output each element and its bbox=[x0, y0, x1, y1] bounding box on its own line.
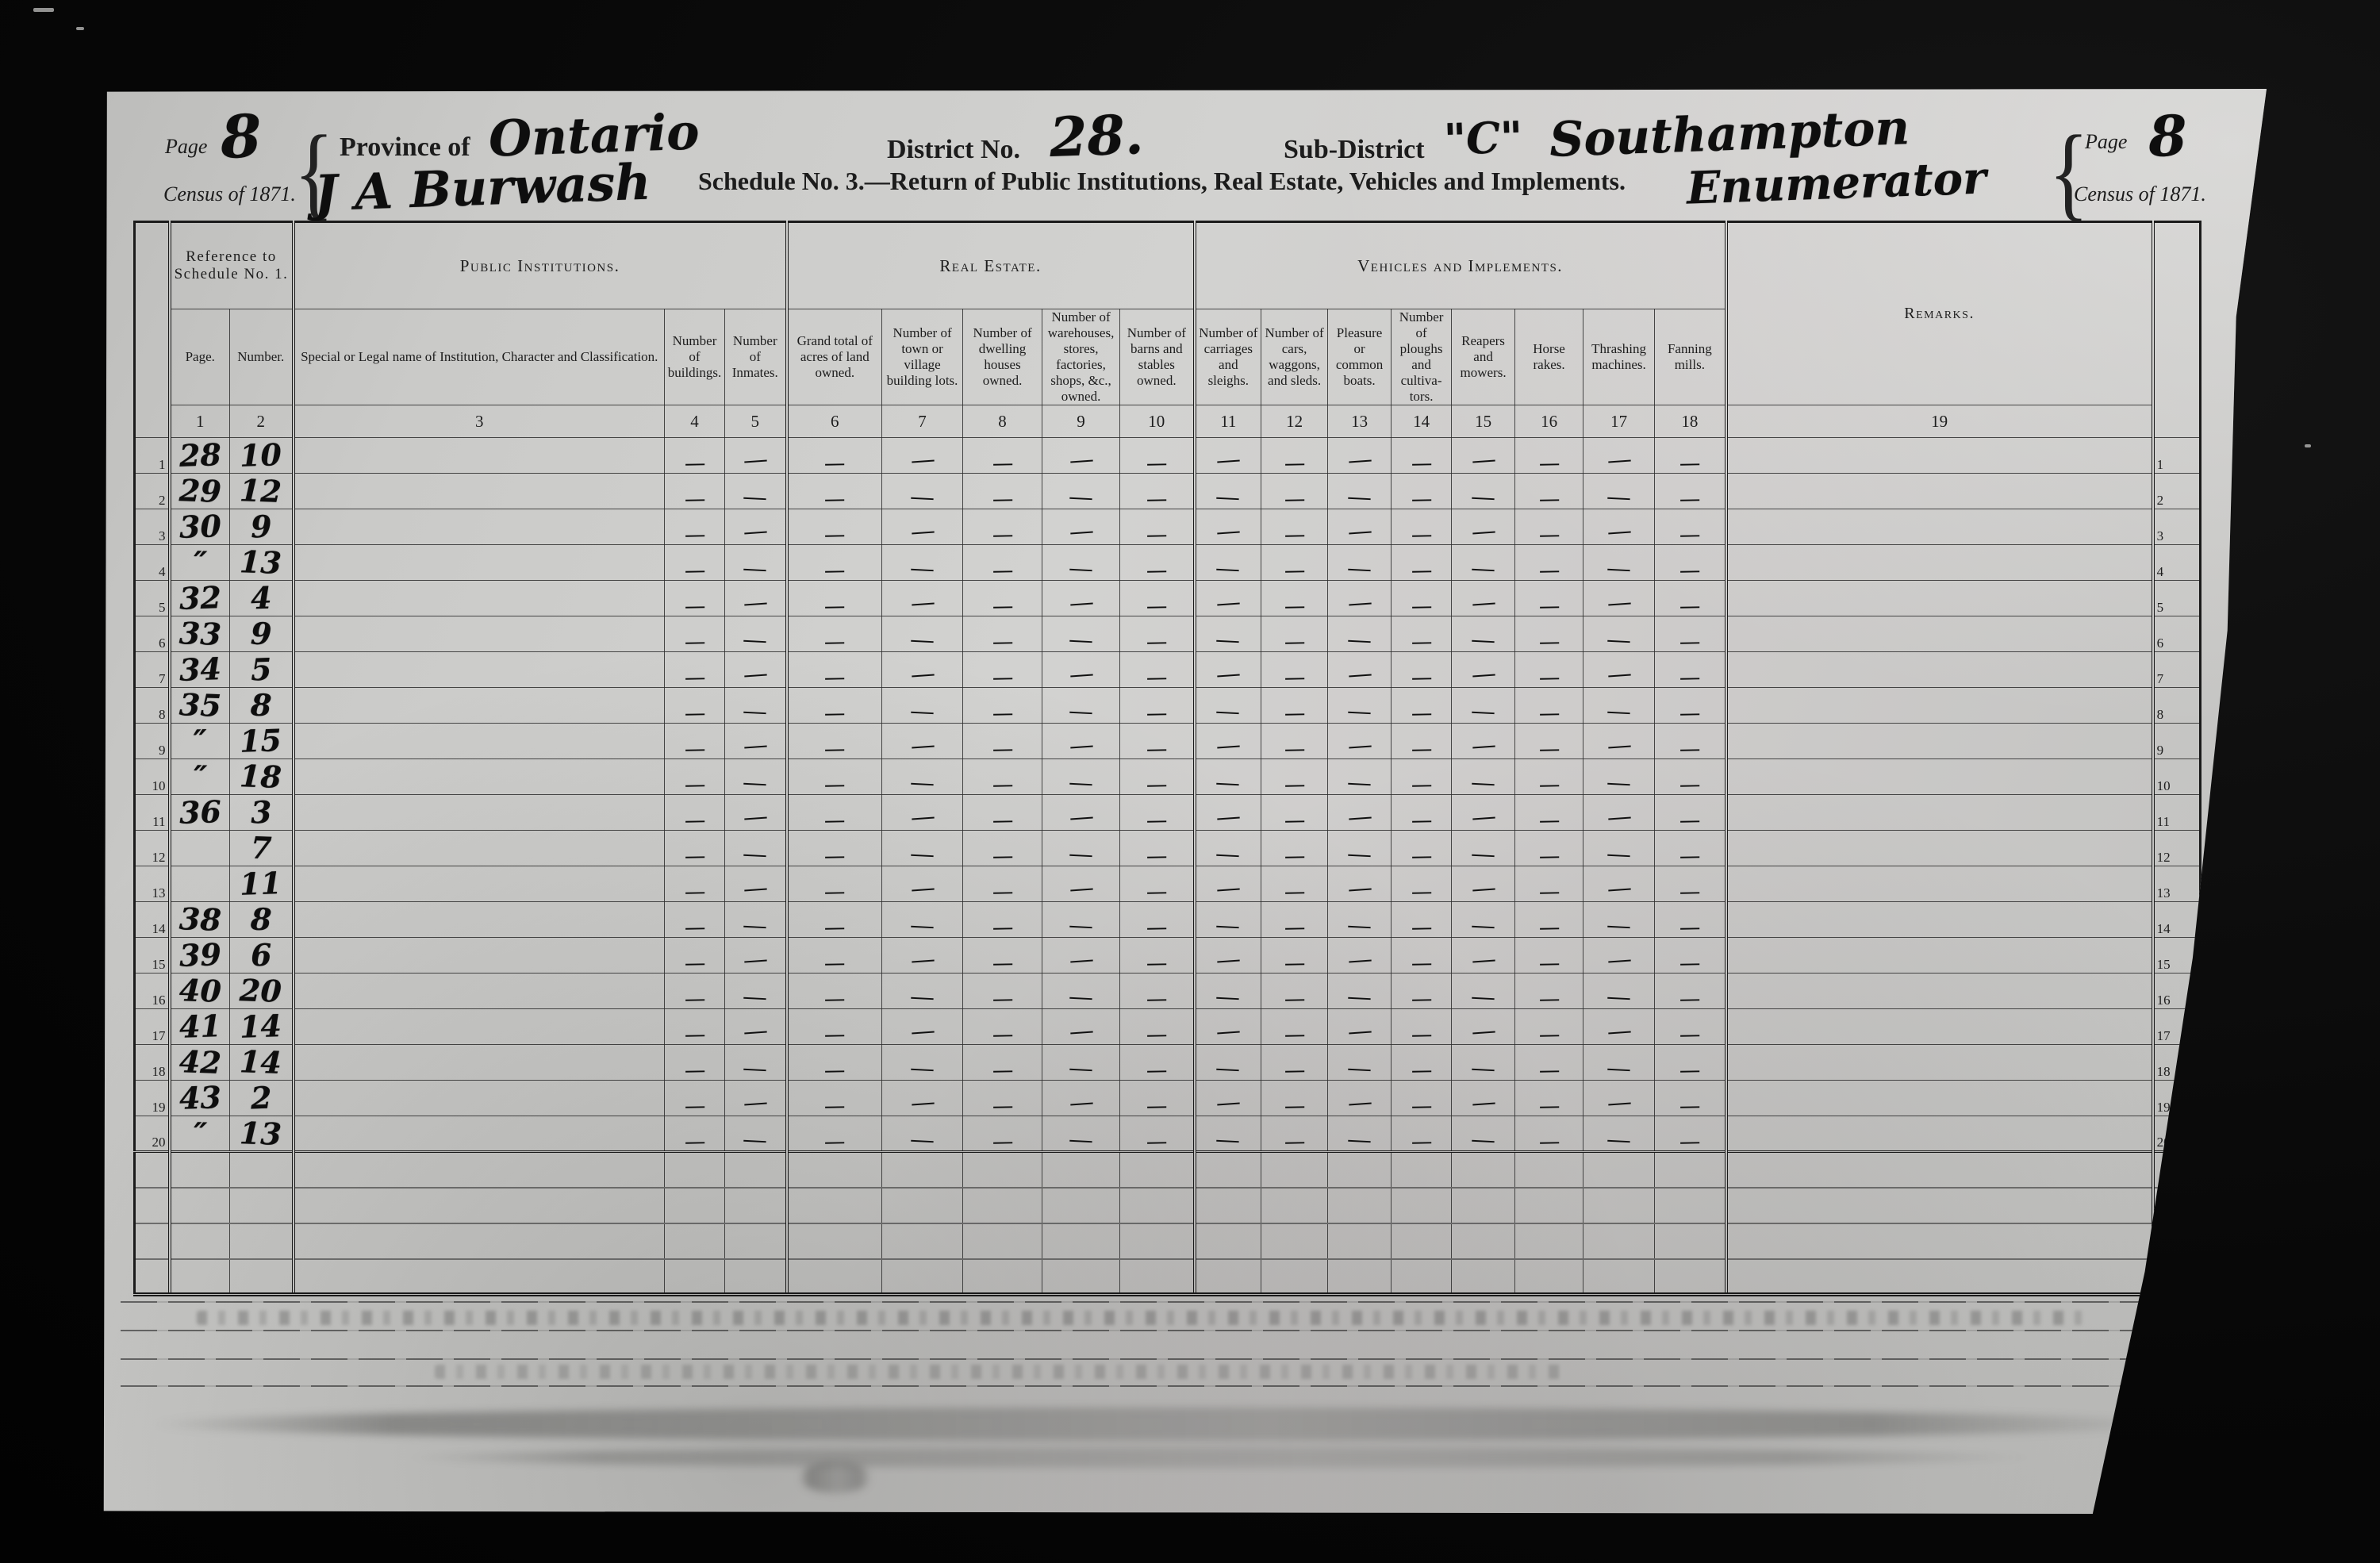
line-number-right: 12 bbox=[2153, 831, 2201, 866]
nil-mark-cell: — bbox=[1042, 902, 1120, 938]
nil-mark-cell: — bbox=[1328, 938, 1392, 974]
nil-mark-cell: — bbox=[1655, 509, 1726, 545]
nil-mark-cell: — bbox=[787, 831, 882, 866]
blank-row bbox=[135, 1188, 2201, 1223]
institution-name-cell bbox=[294, 616, 665, 652]
nil-mark-cell: — bbox=[1515, 1045, 1583, 1081]
nil-mark-cell: — bbox=[1328, 509, 1392, 545]
ink-smudge bbox=[800, 1461, 871, 1493]
nil-mark-cell: — bbox=[787, 1009, 882, 1045]
nil-mark-cell: — bbox=[1328, 1045, 1392, 1081]
nil-mark-cell: — bbox=[1583, 581, 1655, 616]
blank-cell bbox=[882, 1223, 963, 1259]
line-number-right: 19 bbox=[2153, 1081, 2201, 1116]
nil-mark-cell: — bbox=[1655, 581, 1726, 616]
blank-cell bbox=[1042, 1223, 1120, 1259]
nil-mark-cell: — bbox=[963, 438, 1042, 474]
page-value: 40 bbox=[170, 974, 230, 1009]
line-number-right: 18 bbox=[2153, 1045, 2201, 1081]
blank-cell bbox=[170, 1152, 230, 1188]
blank-cell bbox=[1655, 1188, 1726, 1223]
institution-name-cell bbox=[294, 724, 665, 759]
nil-mark-cell: — bbox=[1261, 545, 1328, 581]
nil-mark-cell: — bbox=[1120, 1081, 1195, 1116]
number-value: 8 bbox=[230, 688, 294, 724]
number-value: 18 bbox=[230, 759, 294, 795]
blank-cell bbox=[1583, 1188, 1655, 1223]
nil-mark-cell: — bbox=[1515, 509, 1583, 545]
col-header-acres: Grand total of acres of land owned. bbox=[787, 309, 882, 405]
blank-cell bbox=[787, 1152, 882, 1188]
nil-mark-cell: — bbox=[1392, 1009, 1452, 1045]
number-value: 2 bbox=[230, 1081, 294, 1116]
col-header-warehouses: Number of warehouses, stores, factories,… bbox=[1042, 309, 1120, 405]
nil-mark-cell: — bbox=[787, 545, 882, 581]
institution-name-cell bbox=[294, 545, 665, 581]
nil-mark-cell: — bbox=[1515, 1009, 1583, 1045]
nil-mark-cell: — bbox=[1120, 938, 1195, 974]
nil-mark-cell: — bbox=[1452, 795, 1515, 831]
number-value: 13 bbox=[230, 545, 294, 581]
blank-cell bbox=[665, 1223, 725, 1259]
bleed-through-smudge bbox=[435, 1365, 1561, 1379]
blank-cell bbox=[1195, 1259, 1261, 1295]
blank-cell bbox=[1042, 1259, 1120, 1295]
blank-cell bbox=[1452, 1259, 1515, 1295]
blank-cell bbox=[1583, 1152, 1655, 1188]
line-number-left: 10 bbox=[135, 759, 170, 795]
remarks-cell bbox=[1726, 509, 2153, 545]
blank-cell bbox=[725, 1152, 787, 1188]
nil-mark-cell: — bbox=[787, 724, 882, 759]
nil-mark-cell: — bbox=[963, 1116, 1042, 1152]
blank-cell bbox=[1583, 1259, 1655, 1295]
nil-mark-cell: — bbox=[1452, 652, 1515, 688]
nil-mark-cell: — bbox=[963, 938, 1042, 974]
institution-name-cell bbox=[294, 1045, 665, 1081]
line-number-left: 5 bbox=[135, 581, 170, 616]
nil-mark-cell: — bbox=[787, 581, 882, 616]
nil-mark-cell: — bbox=[1515, 866, 1583, 902]
nil-mark-cell: — bbox=[1261, 688, 1328, 724]
nil-mark-cell: — bbox=[665, 581, 725, 616]
line-number-left: 6 bbox=[135, 616, 170, 652]
col-header-page: Page. bbox=[170, 309, 230, 405]
blank-cell bbox=[1328, 1188, 1392, 1223]
nil-mark-cell: — bbox=[1583, 831, 1655, 866]
nil-mark-cell: — bbox=[963, 759, 1042, 795]
nil-mark-cell: — bbox=[1195, 974, 1261, 1009]
remarks-cell bbox=[1726, 795, 2153, 831]
institution-name-cell bbox=[294, 902, 665, 938]
col-header-number: Number. bbox=[230, 309, 294, 405]
nil-mark-cell: — bbox=[1328, 438, 1392, 474]
nil-mark-cell: — bbox=[1195, 509, 1261, 545]
col-num: 3 bbox=[294, 405, 665, 438]
table-row: 8358———————————————8 bbox=[135, 688, 2201, 724]
nil-mark-cell: — bbox=[1042, 1116, 1120, 1152]
institution-name-cell bbox=[294, 474, 665, 509]
nil-mark-cell: — bbox=[1392, 1081, 1452, 1116]
nil-mark-cell: — bbox=[1655, 795, 1726, 831]
nil-mark-cell: — bbox=[665, 509, 725, 545]
nil-mark-cell: — bbox=[725, 688, 787, 724]
blank-cell bbox=[135, 1152, 170, 1188]
line-number-right: 9 bbox=[2153, 724, 2201, 759]
line-number-right: 15 bbox=[2153, 938, 2201, 974]
schedule3-table: Reference to Schedule No. 1. Public Inst… bbox=[133, 221, 2201, 1296]
col-num: 14 bbox=[1392, 405, 1452, 438]
nil-mark-cell: — bbox=[1515, 616, 1583, 652]
nil-mark-cell: — bbox=[882, 581, 963, 616]
nil-mark-cell: — bbox=[1583, 438, 1655, 474]
bleed-through-smudge bbox=[197, 1311, 2085, 1325]
nil-mark-cell: — bbox=[1328, 1009, 1392, 1045]
nil-mark-cell: — bbox=[1261, 652, 1328, 688]
nil-mark-cell: — bbox=[725, 474, 787, 509]
blank-cell bbox=[135, 1259, 170, 1295]
blank-cell bbox=[1515, 1223, 1583, 1259]
blank-cell bbox=[1120, 1223, 1195, 1259]
number-value: 20 bbox=[230, 974, 294, 1009]
nil-mark-cell: — bbox=[1195, 938, 1261, 974]
nil-mark-cell: — bbox=[1261, 581, 1328, 616]
blank-cell bbox=[230, 1259, 294, 1295]
nil-mark-cell: — bbox=[1195, 1009, 1261, 1045]
subdistrict-label: Sub-District bbox=[1284, 135, 1425, 165]
remarks-cell bbox=[1726, 1045, 2153, 1081]
nil-mark-cell: — bbox=[1120, 831, 1195, 866]
nil-mark-cell: — bbox=[665, 795, 725, 831]
nil-mark-cell: — bbox=[963, 724, 1042, 759]
table-row: 174114———————————————17 bbox=[135, 1009, 2201, 1045]
nil-mark-cell: — bbox=[1042, 974, 1120, 1009]
remarks-cell bbox=[1726, 866, 2153, 902]
table-row: 4″13———————————————4 bbox=[135, 545, 2201, 581]
nil-mark-cell: — bbox=[1452, 831, 1515, 866]
nil-mark-cell: — bbox=[1120, 688, 1195, 724]
subdistrict-letter-handwritten: "C" bbox=[1443, 111, 1523, 164]
blank-cell bbox=[882, 1188, 963, 1223]
line-number-right: 5 bbox=[2153, 581, 2201, 616]
col-header-dwellings: Number of dwelling houses owned. bbox=[963, 309, 1042, 405]
nil-mark-cell: — bbox=[1655, 1116, 1726, 1152]
nil-mark-cell: — bbox=[1195, 831, 1261, 866]
nil-mark-cell: — bbox=[1328, 759, 1392, 795]
nil-mark-cell: — bbox=[882, 831, 963, 866]
col-num: 2 bbox=[230, 405, 294, 438]
nil-mark-cell: — bbox=[1261, 474, 1328, 509]
remarks-cell bbox=[1726, 724, 2153, 759]
nil-mark-cell: — bbox=[1328, 724, 1392, 759]
line-number-right: 17 bbox=[2153, 1009, 2201, 1045]
nil-mark-cell: — bbox=[1392, 759, 1452, 795]
nil-mark-cell: — bbox=[1328, 1081, 1392, 1116]
nil-mark-cell: — bbox=[1261, 974, 1328, 1009]
nil-mark-cell: — bbox=[1120, 902, 1195, 938]
nil-mark-cell: — bbox=[725, 974, 787, 1009]
nil-mark-cell: — bbox=[1195, 474, 1261, 509]
number-value: 9 bbox=[230, 616, 294, 652]
line-number-left: 17 bbox=[135, 1009, 170, 1045]
col-num: 5 bbox=[725, 405, 787, 438]
nil-mark-cell: — bbox=[1583, 545, 1655, 581]
col-num: 10 bbox=[1120, 405, 1195, 438]
page-value: 29 bbox=[170, 474, 230, 509]
province-label: Province of bbox=[340, 132, 470, 163]
blank-cell bbox=[882, 1259, 963, 1295]
nil-mark-cell: — bbox=[1392, 866, 1452, 902]
nil-mark-cell: — bbox=[1583, 759, 1655, 795]
nil-mark-cell: — bbox=[963, 509, 1042, 545]
number-value: 14 bbox=[230, 1009, 294, 1045]
nil-mark-cell: — bbox=[882, 616, 963, 652]
district-label: District No. bbox=[887, 135, 1020, 165]
blank-cell bbox=[1120, 1152, 1195, 1188]
blank-cell bbox=[1392, 1188, 1452, 1223]
nil-mark-cell: — bbox=[1392, 831, 1452, 866]
col-num: 13 bbox=[1328, 405, 1392, 438]
nil-mark-cell: — bbox=[1261, 438, 1328, 474]
blank-cell bbox=[665, 1188, 725, 1223]
blank-cell bbox=[170, 1223, 230, 1259]
nil-mark-cell: — bbox=[882, 759, 963, 795]
blank-cell bbox=[135, 1223, 170, 1259]
col-num: 15 bbox=[1452, 405, 1515, 438]
nil-mark-cell: — bbox=[1515, 831, 1583, 866]
nil-mark-cell: — bbox=[1195, 724, 1261, 759]
nil-mark-cell: — bbox=[1452, 438, 1515, 474]
nil-mark-cell: — bbox=[1655, 1045, 1726, 1081]
institution-name-cell bbox=[294, 759, 665, 795]
nil-mark-cell: — bbox=[1261, 1116, 1328, 1152]
nil-mark-cell: — bbox=[787, 1116, 882, 1152]
nil-mark-cell: — bbox=[963, 1045, 1042, 1081]
nil-mark-cell: — bbox=[1195, 652, 1261, 688]
nil-mark-cell: — bbox=[1392, 509, 1452, 545]
col-num: 17 bbox=[1583, 405, 1655, 438]
line-number-left: 1 bbox=[135, 438, 170, 474]
nil-mark-cell: — bbox=[963, 974, 1042, 1009]
table-row: 6339———————————————6 bbox=[135, 616, 2201, 652]
blank-cell bbox=[1328, 1223, 1392, 1259]
nil-mark-cell: — bbox=[1452, 724, 1515, 759]
blank-cell bbox=[1042, 1188, 1120, 1223]
line-number-header-left bbox=[135, 222, 170, 438]
nil-mark-cell: — bbox=[1583, 866, 1655, 902]
nil-mark-cell: — bbox=[1120, 1009, 1195, 1045]
nil-mark-cell: — bbox=[725, 1009, 787, 1045]
nil-mark-cell: — bbox=[1452, 616, 1515, 652]
number-value: 4 bbox=[230, 581, 294, 616]
table-row: 127———————————————12 bbox=[135, 831, 2201, 866]
remarks-cell bbox=[1726, 1009, 2153, 1045]
nil-mark-cell: — bbox=[1042, 509, 1120, 545]
institution-name-cell bbox=[294, 581, 665, 616]
nil-mark-cell: — bbox=[1042, 581, 1120, 616]
nil-mark-cell: — bbox=[1195, 795, 1261, 831]
table-row: 22912———————————————2 bbox=[135, 474, 2201, 509]
nil-mark-cell: — bbox=[1042, 474, 1120, 509]
nil-mark-cell: — bbox=[1042, 688, 1120, 724]
remarks-cell bbox=[1726, 438, 2153, 474]
table-row: 11363———————————————11 bbox=[135, 795, 2201, 831]
ruled-line bbox=[121, 1358, 2220, 1360]
nil-mark-cell: — bbox=[1452, 759, 1515, 795]
nil-mark-cell: — bbox=[882, 688, 963, 724]
blank-cell bbox=[725, 1223, 787, 1259]
nil-mark-cell: — bbox=[1261, 1009, 1328, 1045]
nil-mark-cell: — bbox=[1328, 1116, 1392, 1152]
nil-mark-cell: — bbox=[1328, 974, 1392, 1009]
number-value: 14 bbox=[230, 1045, 294, 1081]
col-header-reapers: Reapers and mowers. bbox=[1452, 309, 1515, 405]
institution-name-cell bbox=[294, 438, 665, 474]
nil-mark-cell: — bbox=[1195, 438, 1261, 474]
nil-mark-cell: — bbox=[1120, 1116, 1195, 1152]
institution-name-cell bbox=[294, 795, 665, 831]
nil-mark-cell: — bbox=[963, 474, 1042, 509]
nil-mark-cell: — bbox=[1452, 974, 1515, 1009]
nil-mark-cell: — bbox=[1261, 616, 1328, 652]
nil-mark-cell: — bbox=[1515, 474, 1583, 509]
nil-mark-cell: — bbox=[1655, 831, 1726, 866]
col-num: 11 bbox=[1195, 405, 1261, 438]
page-value: 35 bbox=[170, 688, 230, 724]
nil-mark-cell: — bbox=[665, 1045, 725, 1081]
nil-mark-cell: — bbox=[963, 652, 1042, 688]
institution-name-cell bbox=[294, 509, 665, 545]
line-number-right: 11 bbox=[2153, 795, 2201, 831]
nil-mark-cell: — bbox=[1392, 688, 1452, 724]
page-value: 41 bbox=[170, 1009, 230, 1045]
col-num: 4 bbox=[665, 405, 725, 438]
nil-mark-cell: — bbox=[1452, 1081, 1515, 1116]
blank-cell bbox=[1120, 1188, 1195, 1223]
nil-mark-cell: — bbox=[1392, 1116, 1452, 1152]
nil-mark-cell: — bbox=[1392, 474, 1452, 509]
nil-mark-cell: — bbox=[1328, 688, 1392, 724]
nil-mark-cell: — bbox=[1195, 616, 1261, 652]
nil-mark-cell: — bbox=[1655, 759, 1726, 795]
nil-mark-cell: — bbox=[1452, 938, 1515, 974]
nil-mark-cell: — bbox=[1583, 974, 1655, 1009]
blank-cell bbox=[1392, 1152, 1452, 1188]
nil-mark-cell: — bbox=[1261, 938, 1328, 974]
nil-mark-cell: — bbox=[882, 866, 963, 902]
nil-mark-cell: — bbox=[1328, 866, 1392, 902]
line-number-left: 13 bbox=[135, 866, 170, 902]
nil-mark-cell: — bbox=[1328, 581, 1392, 616]
number-value: 11 bbox=[230, 866, 294, 902]
col-header-horse-rakes: Horse rakes. bbox=[1515, 309, 1583, 405]
census-page: Page 8 { Census of 1871. Province of Ont… bbox=[102, 89, 2275, 1514]
nil-mark-cell: — bbox=[787, 902, 882, 938]
nil-mark-cell: — bbox=[882, 1045, 963, 1081]
group-public-institutions: Public Institutions. bbox=[294, 222, 787, 309]
nil-mark-cell: — bbox=[1042, 545, 1120, 581]
blank-cell bbox=[1452, 1188, 1515, 1223]
blank-cell bbox=[787, 1223, 882, 1259]
nil-mark-cell: — bbox=[1120, 724, 1195, 759]
nil-mark-cell: — bbox=[787, 938, 882, 974]
col-num: 1 bbox=[170, 405, 230, 438]
enumerator-value-handwritten: Enumerator bbox=[1686, 152, 1987, 214]
ink-smudge-band bbox=[149, 1407, 2180, 1441]
col-header-boats: Pleasure or common boats. bbox=[1328, 309, 1392, 405]
number-value: 8 bbox=[230, 902, 294, 938]
col-num: 19 bbox=[1726, 405, 2153, 438]
nil-mark-cell: — bbox=[963, 1009, 1042, 1045]
nil-mark-cell: — bbox=[1042, 1009, 1120, 1045]
blank-cell bbox=[882, 1152, 963, 1188]
nil-mark-cell: — bbox=[665, 688, 725, 724]
blank-cell bbox=[963, 1152, 1042, 1188]
blank-cell bbox=[963, 1223, 1042, 1259]
line-number-left: 14 bbox=[135, 902, 170, 938]
page-value: 42 bbox=[170, 1045, 230, 1081]
nil-mark-cell: — bbox=[1120, 974, 1195, 1009]
blank-cell bbox=[1042, 1152, 1120, 1188]
number-value: 12 bbox=[230, 474, 294, 509]
nil-mark-cell: — bbox=[1452, 866, 1515, 902]
nil-mark-cell: — bbox=[1655, 545, 1726, 581]
table-row: 15396———————————————15 bbox=[135, 938, 2201, 974]
blank-cell bbox=[665, 1259, 725, 1295]
nil-mark-cell: — bbox=[1261, 724, 1328, 759]
nil-mark-cell: — bbox=[1392, 974, 1452, 1009]
blank-cell bbox=[1452, 1152, 1515, 1188]
blank-cell bbox=[2153, 1188, 2201, 1223]
nil-mark-cell: — bbox=[1261, 902, 1328, 938]
group-real-estate: Real Estate. bbox=[787, 222, 1195, 309]
line-number-left: 20 bbox=[135, 1116, 170, 1152]
nil-mark-cell: — bbox=[1452, 474, 1515, 509]
nil-mark-cell: — bbox=[1583, 1116, 1655, 1152]
blank-cell bbox=[230, 1223, 294, 1259]
page-value: ″ bbox=[170, 724, 230, 759]
remarks-cell bbox=[1726, 902, 2153, 938]
nil-mark-cell: — bbox=[665, 652, 725, 688]
nil-mark-cell: — bbox=[882, 1116, 963, 1152]
line-number-right: 2 bbox=[2153, 474, 2201, 509]
remarks-cell bbox=[1726, 652, 2153, 688]
line-number-left: 8 bbox=[135, 688, 170, 724]
nil-mark-cell: — bbox=[1452, 1116, 1515, 1152]
nil-mark-cell: — bbox=[1328, 474, 1392, 509]
nil-mark-cell: — bbox=[1120, 1045, 1195, 1081]
nil-mark-cell: — bbox=[1452, 581, 1515, 616]
blank-cell bbox=[787, 1259, 882, 1295]
nil-mark-cell: — bbox=[1120, 795, 1195, 831]
blank-cell bbox=[725, 1188, 787, 1223]
nil-mark-cell: — bbox=[1120, 866, 1195, 902]
blank-cell bbox=[1392, 1223, 1452, 1259]
nil-mark-cell: — bbox=[1120, 474, 1195, 509]
nil-mark-cell: — bbox=[665, 974, 725, 1009]
dust-speck bbox=[2305, 444, 2311, 447]
nil-mark-cell: — bbox=[1042, 438, 1120, 474]
nil-mark-cell: — bbox=[963, 616, 1042, 652]
nil-mark-cell: — bbox=[725, 581, 787, 616]
nil-mark-cell: — bbox=[1515, 545, 1583, 581]
blank-cell bbox=[1515, 1259, 1583, 1295]
remarks-cell bbox=[1726, 688, 2153, 724]
line-number-right: 20 bbox=[2153, 1116, 2201, 1152]
nil-mark-cell: — bbox=[1195, 902, 1261, 938]
nil-mark-cell: — bbox=[1583, 724, 1655, 759]
page-value: 39 bbox=[170, 938, 230, 974]
